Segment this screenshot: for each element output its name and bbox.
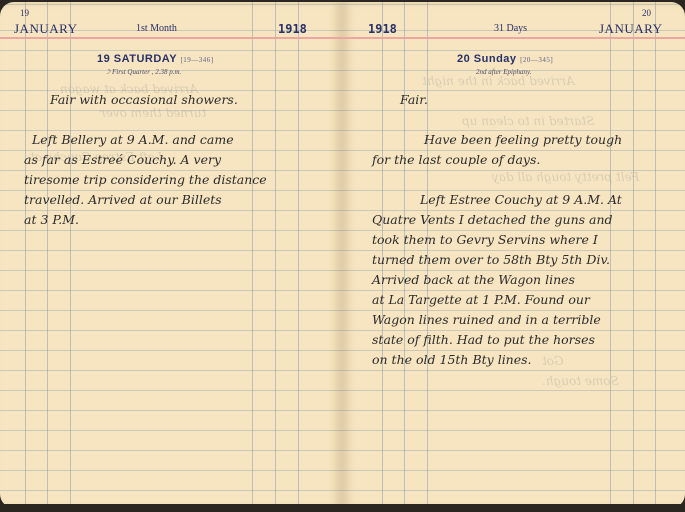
day-range: [19—346]: [180, 56, 213, 64]
vertical-rule: [655, 2, 656, 508]
day-title-text: 20 Sunday: [457, 53, 517, 65]
handwritten-line: Left Estree Couchy at 9 A.M. At: [420, 190, 622, 210]
handwritten-line: travelled. Arrived at our Billets: [24, 190, 222, 210]
day-range: [20—345]: [520, 56, 553, 64]
diary-spread: 19 JANUARY 1st Month 1918 19 SATURDAY [1…: [0, 0, 685, 510]
vertical-rule: [47, 2, 48, 508]
vertical-rule: [633, 2, 634, 508]
handwritten-line: turned them over to 58th Bty 5th Div.: [372, 250, 610, 270]
right-page: 1918 31 Days 20 JANUARY 20 Sunday [20—34…: [342, 2, 685, 508]
vertical-rule: [610, 2, 611, 508]
handwritten-line: Fair.: [400, 90, 428, 110]
handwritten-line: on the old 15th Bty lines.: [372, 350, 532, 370]
handwritten-line: at La Targette at 1 P.M. Found our: [372, 290, 590, 310]
vertical-rule: [25, 2, 26, 508]
year-label: 1918: [278, 22, 307, 36]
header-red-rule: [0, 37, 342, 39]
handwritten-line: for the last couple of days.: [372, 150, 540, 170]
handwritten-line: Wagon lines ruined and in a terrible: [372, 310, 601, 330]
vertical-rule: [275, 2, 276, 508]
book-edge-shadow: [0, 504, 685, 510]
handwritten-line: Have been feeling pretty tough: [424, 130, 622, 150]
bleed-through-text: Some tough.: [542, 374, 619, 388]
vertical-rule: [70, 2, 71, 508]
vertical-rule: [252, 2, 253, 508]
page-number: 19: [20, 8, 29, 18]
year-label: 1918: [368, 22, 397, 36]
handwritten-line: Fair with occasional showers.: [50, 90, 238, 110]
day-title: 20 Sunday [20—345]: [457, 53, 553, 65]
left-page: 19 JANUARY 1st Month 1918 19 SATURDAY [1…: [0, 2, 342, 508]
handwritten-line: tiresome trip considering the distance: [24, 170, 267, 190]
bleed-through-text: Got: [542, 354, 564, 368]
moon-phase-note: ☽ First Quarter , 2.38 p.m.: [104, 68, 181, 76]
month-heading: JANUARY: [14, 21, 77, 37]
page-number: 20: [642, 8, 651, 18]
bleed-through-text: Arrived back in the night: [422, 74, 575, 88]
month-label: 31 Days: [494, 23, 527, 34]
handwritten-line: as far as Estreé Couchy. A very: [24, 150, 221, 170]
day-title: 19 SATURDAY [19—346]: [97, 53, 214, 65]
handwritten-line: Quatre Vents I detached the guns and: [372, 210, 613, 230]
vertical-rule: [298, 2, 299, 508]
bleed-through-text: Felt pretty tough all day: [492, 170, 639, 184]
month-heading: JANUARY: [599, 21, 662, 37]
handwritten-line: Left Bellery at 9 A.M. and came: [32, 130, 234, 150]
handwritten-line: state of filth. Had to put the horses: [372, 330, 595, 350]
bleed-through-text: Started in to clean up: [462, 114, 594, 128]
handwritten-line: Arrived back at the Wagon lines: [372, 270, 575, 290]
handwritten-line: at 3 P.M.: [24, 210, 79, 230]
day-title-text: 19 SATURDAY: [97, 53, 177, 65]
header-red-rule: [342, 37, 685, 39]
handwritten-line: took them to Gevry Servins where I: [372, 230, 598, 250]
month-label: 1st Month: [136, 23, 177, 34]
